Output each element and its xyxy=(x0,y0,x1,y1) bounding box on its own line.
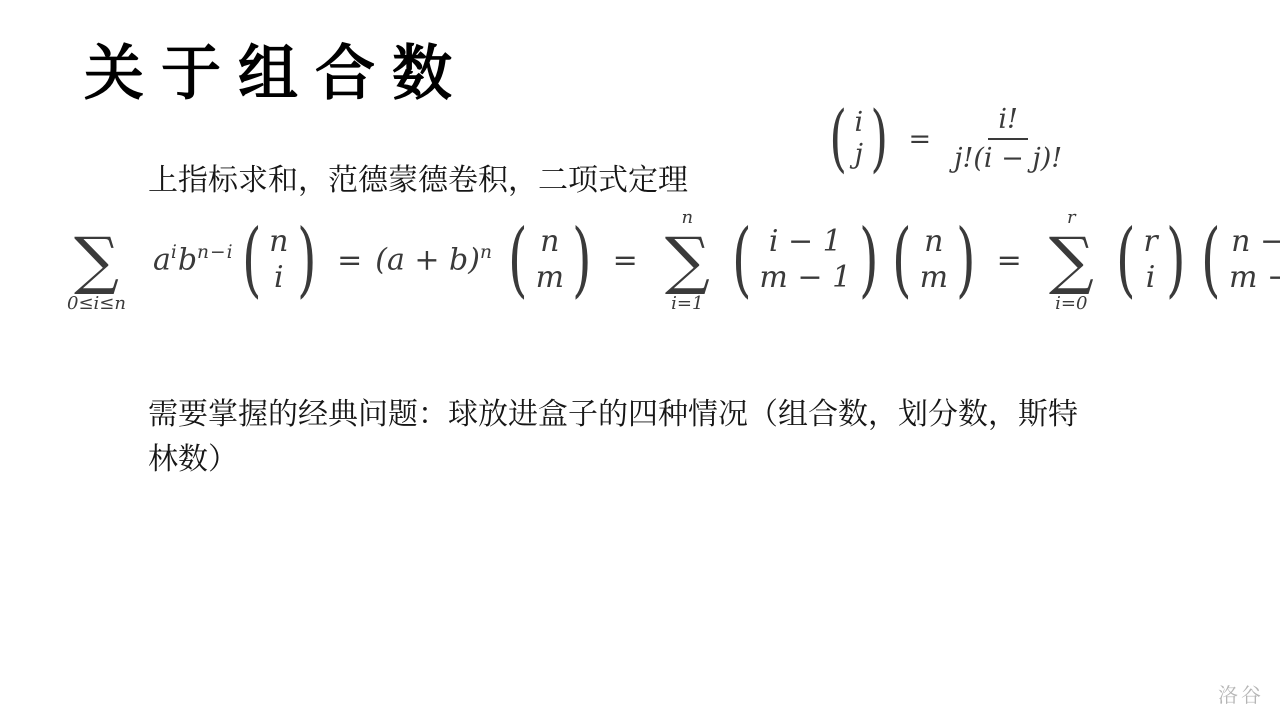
binom-bottom: m xyxy=(536,260,564,296)
exp-a: i xyxy=(171,242,178,263)
right-paren: ) xyxy=(1166,220,1186,301)
binom-i-j: ( i j ) xyxy=(824,103,894,176)
sigma-symbol: ∑ xyxy=(1049,229,1094,292)
formula-binom-definition: ( i j ) = i! j!(i − j)! xyxy=(822,94,1072,184)
equals-sign: = xyxy=(997,243,1022,278)
exp-b: n−i xyxy=(197,242,234,263)
binom-stack: n − r m − i xyxy=(1227,224,1280,296)
subtitle-text: 上指标求和，范德蒙德卷积，二项式定理 xyxy=(148,158,688,203)
binom-top: n − r xyxy=(1231,224,1280,260)
term-a-b-powers: aibn−i xyxy=(153,242,234,278)
fraction-numerator: i! xyxy=(988,104,1028,140)
right-paren: ) xyxy=(297,220,317,301)
left-paren: ( xyxy=(732,220,752,301)
left-paren: ( xyxy=(1201,220,1221,301)
sum-upper-limit: n xyxy=(682,208,694,228)
formula-vandermonde: ( n m ) = r ∑ i=0 ( r i ) ( n − r m − i xyxy=(884,212,1280,308)
binom-stack: n m xyxy=(918,224,950,296)
var-b: b xyxy=(178,243,197,278)
sum-lower-limit: i=1 xyxy=(671,294,703,314)
fraction-denominator: j!(i − j)! xyxy=(944,140,1072,174)
body-line-2: 林数） xyxy=(148,437,1078,482)
binom-stack: r i xyxy=(1141,224,1159,296)
sigma-symbol: ∑ xyxy=(74,229,119,292)
sigma-symbol: ∑ xyxy=(665,229,710,292)
binom-top: i − 1 xyxy=(769,224,842,260)
binom-n-m: ( n m ) xyxy=(502,220,598,301)
binom-bottom: m − 1 xyxy=(759,260,851,296)
formula-binomial-theorem: ∑ 0≤i≤n aibn−i ( n i ) = (a + b)n xyxy=(64,212,493,308)
binom-top: n xyxy=(924,224,943,260)
right-paren: ) xyxy=(870,103,888,176)
body-paragraph: 需要掌握的经典问题：球放进盒子的四种情况（组合数，划分数，斯特 林数） xyxy=(148,392,1078,482)
sum-lower-limit: i=0 xyxy=(1055,294,1087,314)
binom-r-i: ( r i ) xyxy=(1110,220,1192,301)
var-a: a xyxy=(153,243,171,278)
binom-stack: n m xyxy=(534,224,566,296)
binom-nr-mi: ( n − r m − i ) xyxy=(1195,220,1280,301)
binom-top: n xyxy=(540,224,559,260)
binom-bottom: m − i xyxy=(1229,260,1280,296)
rhs-a-plus-b-power-n: (a + b)n xyxy=(375,242,493,278)
left-paren: ( xyxy=(508,220,528,301)
binom-top: i xyxy=(854,107,863,139)
binom-bottom: i xyxy=(1146,260,1156,296)
rhs-base: (a + b) xyxy=(375,243,480,278)
summation: ∑ 0≤i≤n xyxy=(74,229,119,292)
binom-n-m: ( n m ) xyxy=(886,220,982,301)
page-title: 关于组合数 xyxy=(84,38,469,110)
rhs-exponent: n xyxy=(480,242,493,263)
summation: n ∑ i=1 xyxy=(665,229,710,292)
binom-i1-m1: ( i − 1 m − 1 ) xyxy=(726,220,885,301)
binom-top: r xyxy=(1143,224,1157,260)
sum-upper-limit: r xyxy=(1067,208,1076,228)
left-paren: ( xyxy=(1116,220,1136,301)
right-paren: ) xyxy=(572,220,592,301)
left-paren: ( xyxy=(242,220,262,301)
body-line-1: 需要掌握的经典问题：球放进盒子的四种情况（组合数，划分数，斯特 xyxy=(148,392,1078,437)
right-paren: ) xyxy=(956,220,976,301)
binom-stack: n i xyxy=(267,224,290,296)
equals-sign: = xyxy=(909,124,932,155)
left-paren: ( xyxy=(829,103,847,176)
binom-stack: i − 1 m − 1 xyxy=(757,224,853,296)
watermark-luogu: 洛谷 xyxy=(1218,679,1264,708)
equals-sign: = xyxy=(613,243,638,278)
slide: 关于组合数 ( i j ) = i! j!(i − j)! 上指标求和，范德蒙德… xyxy=(0,0,1280,720)
left-paren: ( xyxy=(892,220,912,301)
sum-lower-limit: 0≤i≤n xyxy=(67,294,126,314)
binom-bottom: j xyxy=(855,139,863,171)
binom-bottom: m xyxy=(920,260,948,296)
summation: r ∑ i=0 xyxy=(1049,229,1094,292)
right-paren: ) xyxy=(859,220,879,301)
equals-sign: = xyxy=(337,243,362,278)
binom-n-i: ( n i ) xyxy=(236,220,323,301)
binom-top: n xyxy=(269,224,288,260)
formula-hockey-stick: ( n m ) = n ∑ i=1 ( i − 1 m − 1 ) xyxy=(500,212,887,308)
fraction: i! j!(i − j)! xyxy=(944,104,1072,174)
binom-stack: i j xyxy=(852,107,865,172)
binom-bottom: i xyxy=(274,260,284,296)
